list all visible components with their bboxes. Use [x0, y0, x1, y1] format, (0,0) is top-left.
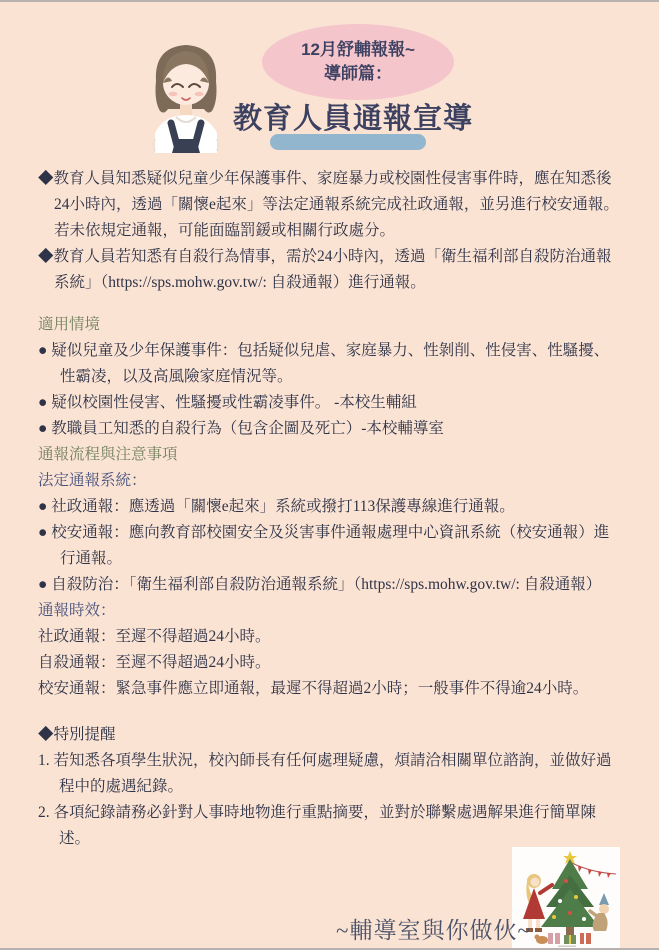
- bubble-line2: 導師篇：: [324, 62, 392, 86]
- deadline-item-3: 校安通報：緊急事件應立即通報，最遲不得超過2小時；一般事件不得逾24小時。: [38, 676, 624, 702]
- subheading-legal-systems: 法定通報系統：: [38, 468, 624, 494]
- bubble-line1: 12月舒輔報報~: [301, 38, 415, 62]
- girl-avatar-illustration: [138, 35, 235, 153]
- section-heading-process-notes: 通報流程與注意事項: [38, 442, 624, 468]
- deadline-item-1: 社政通報：至遲不得超過24小時。: [38, 624, 624, 650]
- footer-slogan: ~輔導室與你做伙~: [336, 912, 531, 945]
- header-bubble: 12月舒輔報報~ 導師篇：: [262, 24, 454, 100]
- subheading-deadlines: 通報時效：: [38, 598, 624, 624]
- situation-item-2: ● 疑似校園性侵害、性騷擾或性霸凌事件。 -本校生輔組: [38, 390, 624, 416]
- intro-item-1: ◆教育人員知悉疑似兒童少年保護事件、家庭暴力或校園性侵害事件時，應在知悉後24小…: [38, 166, 624, 244]
- page-title: 教育人員通報宣導: [233, 96, 473, 137]
- special-reminder-heading: ◆特別提醒: [38, 722, 624, 748]
- body-content: ◆教育人員知悉疑似兒童少年保護事件、家庭暴力或校園性侵害事件時，應在知悉後24小…: [38, 166, 624, 852]
- spacer: [38, 296, 624, 312]
- system-item-2: ● 校安通報：應向教育部校園安全及災害事件通報處理中心資訊系統（校安通報）進行通…: [38, 520, 624, 572]
- girl-avatar-icon: [138, 35, 235, 153]
- reminder-item-2: 2. 各項紀錄請務必針對人事時地物進行重點摘要，並對於聯繫處遇解果進行簡單陳述。: [38, 800, 624, 852]
- system-item-3: ● 自殺防治：「衛生福利部自殺防治通報系統」（https://sps.mohw.…: [38, 572, 624, 598]
- reminder-item-1: 1. 若知悉各項學生狀況，校內師長有任何處理疑慮，煩請洽相關單位諮詢，並做好過程…: [38, 748, 624, 800]
- system-item-1: ● 社政通報：應透過「關懷e起來」系統或撥打113保護專線進行通報。: [38, 494, 624, 520]
- deadline-item-2: 自殺通報：至遲不得超過24小時。: [38, 650, 624, 676]
- situation-item-3: ● 教職員工知悉的自殺行為（包含企圖及死亡）-本校輔導室: [38, 416, 624, 442]
- newsletter-page: 12月舒輔報報~ 導師篇： 教育人員通報宣導 ◆教育人員知悉疑似兒童少年保護事件…: [0, 0, 659, 950]
- intro-item-2: ◆教育人員若知悉有自殺行為情事，需於24小時內，透過「衛生福利部自殺防治通報系統…: [38, 244, 624, 296]
- situation-item-1: ● 疑似兒童及少年保護事件：包括疑似兒虐、家庭暴力、性剝削、性侵害、性騷擾、性霸…: [38, 338, 624, 390]
- section-heading-applicable-situations: 適用情境: [38, 312, 624, 338]
- spacer: [38, 702, 624, 722]
- title-underline-bar: [270, 134, 426, 150]
